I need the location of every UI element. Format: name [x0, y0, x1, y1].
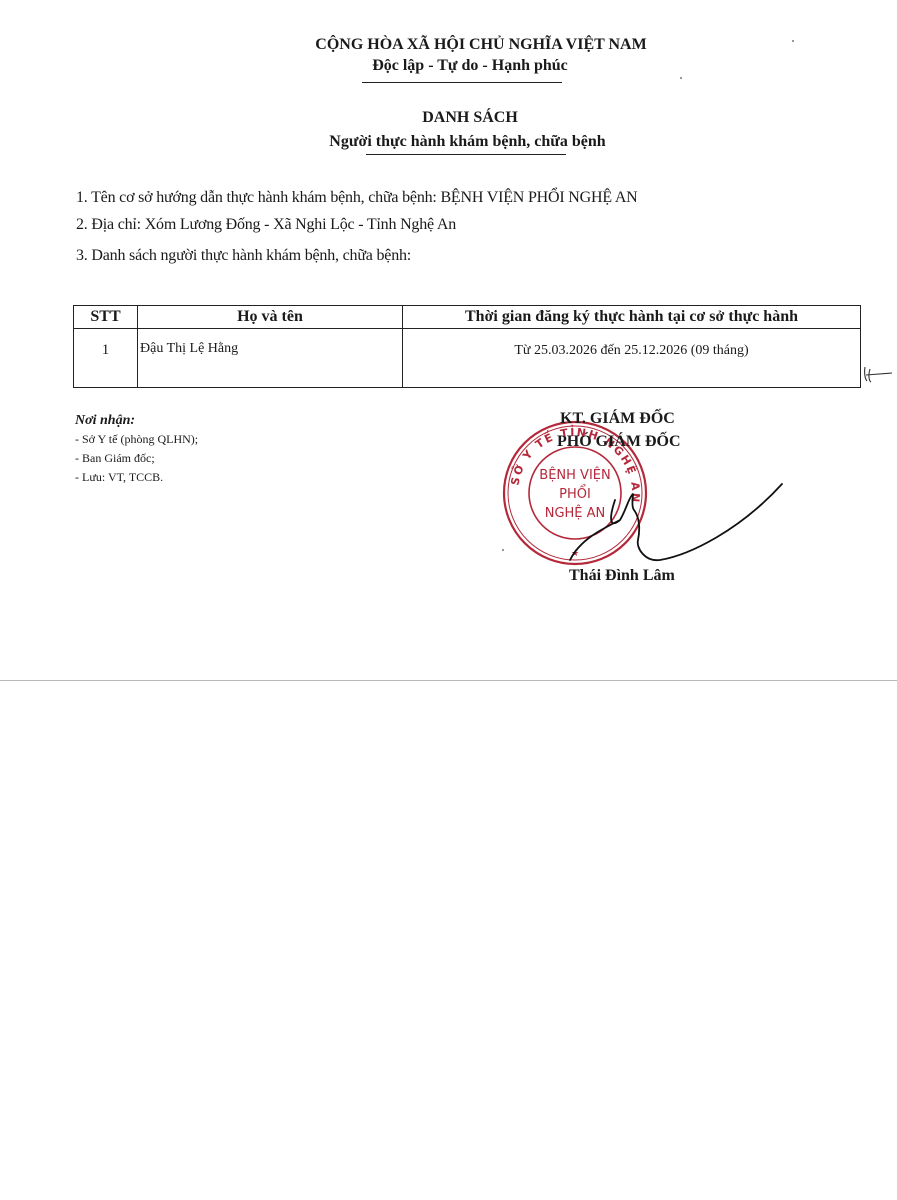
list-intro-item: 3. Danh sách người thực hành khám bệnh, … — [76, 247, 411, 265]
recipient-item: - Sở Y tế (phòng QLHN); — [75, 432, 198, 447]
nation-header: CỘNG HÒA XÃ HỘI CHỦ NGHĨA VIỆT NAM — [0, 36, 897, 54]
header-stt: STT — [74, 306, 138, 329]
scan-speck — [680, 77, 682, 79]
cell-stt: 1 — [74, 329, 138, 388]
practitioner-table: STT Họ và tên Thời gian đăng ký thực hàn… — [73, 305, 861, 388]
signature-title-1: KT. GIÁM ĐỐC — [560, 410, 675, 428]
recipients-title: Nơi nhận: — [75, 413, 135, 429]
facility-name-item: 1. Tên cơ sở hướng dẫn thực hành khám bệ… — [76, 189, 638, 207]
recipient-item: - Lưu: VT, TCCB. — [75, 470, 163, 485]
scan-speck — [792, 40, 794, 42]
cell-name: Đậu Thị Lệ Hằng — [138, 329, 403, 388]
scan-speck — [502, 549, 504, 551]
document-subtitle: Người thực hành khám bệnh, chữa bệnh — [0, 133, 897, 151]
handwritten-signature-icon — [560, 470, 790, 570]
table-row: 1 Đậu Thị Lệ Hằng Từ 25.03.2026 đến 25.1… — [74, 329, 861, 388]
motto-underline — [362, 82, 562, 83]
subtitle-underline — [366, 154, 566, 155]
header-period: Thời gian đăng ký thực hành tại cơ sở th… — [403, 306, 861, 329]
header-name: Họ và tên — [138, 306, 403, 329]
signer-name: Thái Đình Lâm — [569, 567, 675, 585]
initials-mark-icon — [862, 365, 894, 385]
signature-title-2: PHÓ GIÁM ĐỐC — [557, 433, 681, 451]
table-header-row: STT Họ và tên Thời gian đăng ký thực hàn… — [74, 306, 861, 329]
page-divider — [0, 680, 897, 681]
motto: Độc lập - Tự do - Hạnh phúc — [0, 57, 897, 75]
address-item: 2. Địa chỉ: Xóm Lương Đống - Xã Nghi Lộc… — [76, 216, 456, 234]
cell-period: Từ 25.03.2026 đến 25.12.2026 (09 tháng) — [403, 329, 861, 388]
document-title: DANH SÁCH — [0, 109, 897, 127]
recipient-item: - Ban Giám đốc; — [75, 451, 155, 466]
